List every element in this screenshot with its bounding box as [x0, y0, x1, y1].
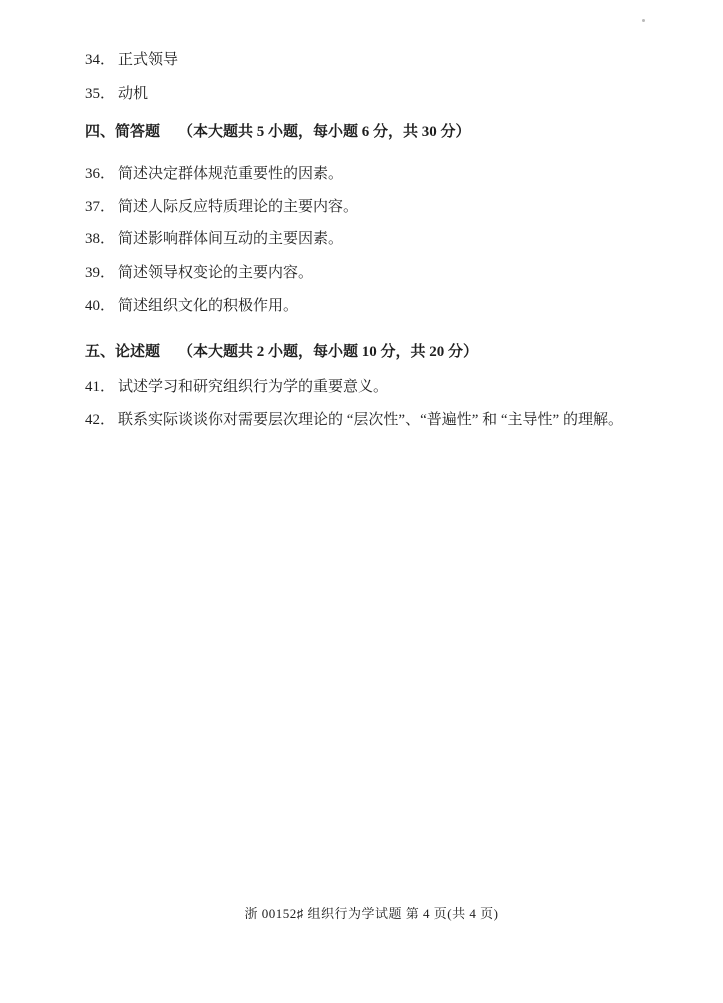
question-line-41: 41． 试述学习和研究组织行为学的重要意义。 — [85, 377, 687, 397]
question-number: 38． — [85, 229, 118, 249]
term-line-35: 35． 动机 — [85, 84, 687, 104]
term-text: 正式领导 — [118, 50, 687, 70]
section-score-note: （本大题共 2 小题，每小题 10 分，共 20 分） — [178, 342, 478, 362]
question-text: 试述学习和研究组织行为学的重要意义。 — [118, 377, 687, 397]
section-title: 五、论述题 — [85, 342, 160, 362]
question-text: 简述人际反应特质理论的主要内容。 — [118, 197, 687, 217]
question-number: 34． — [85, 50, 118, 70]
term-text: 动机 — [118, 84, 687, 104]
question-text: 简述组织文化的积极作用。 — [118, 296, 687, 316]
page-footer: 浙 00152♯ 组织行为学试题 第 4 页(共 4 页) — [10, 903, 723, 922]
question-number: 40． — [85, 296, 118, 316]
scan-artifact — [642, 19, 645, 22]
term-line-34: 34． 正式领导 — [85, 50, 687, 70]
question-text: 联系实际谈谈你对需要层次理论的 “层次性”、“普遍性” 和 “主导性” 的理解。 — [118, 410, 687, 430]
question-text: 简述领导权变论的主要内容。 — [118, 263, 687, 283]
section-heading-short-answer: 四、简答题 （本大题共 5 小题，每小题 6 分，共 30 分） — [85, 122, 687, 142]
question-number: 39． — [85, 263, 118, 283]
question-line-39: 39． 简述领导权变论的主要内容。 — [85, 263, 687, 283]
question-number: 36． — [85, 164, 118, 184]
section-title: 四、简答题 — [85, 122, 160, 142]
question-line-40: 40． 简述组织文化的积极作用。 — [85, 296, 687, 316]
question-number: 41． — [85, 377, 118, 397]
question-line-36: 36． 简述决定群体规范重要性的因素。 — [85, 164, 687, 184]
question-number: 37． — [85, 197, 118, 217]
section-heading-essay: 五、论述题 （本大题共 2 小题，每小题 10 分，共 20 分） — [85, 342, 687, 362]
question-text: 简述决定群体规范重要性的因素。 — [118, 164, 687, 184]
exam-content: 34． 正式领导 35． 动机 四、简答题 （本大题共 5 小题，每小题 6 分… — [85, 50, 687, 430]
question-line-38: 38． 简述影响群体间互动的主要因素。 — [85, 229, 687, 249]
question-line-42: 42． 联系实际谈谈你对需要层次理论的 “层次性”、“普遍性” 和 “主导性” … — [85, 410, 687, 430]
section-score-note: （本大题共 5 小题，每小题 6 分，共 30 分） — [178, 122, 471, 142]
exam-page: 34． 正式领导 35． 动机 四、简答题 （本大题共 5 小题，每小题 6 分… — [0, 0, 723, 1003]
question-number: 35． — [85, 84, 118, 104]
question-number: 42． — [85, 410, 118, 430]
question-line-37: 37． 简述人际反应特质理论的主要内容。 — [85, 197, 687, 217]
question-text: 简述影响群体间互动的主要因素。 — [118, 229, 687, 249]
